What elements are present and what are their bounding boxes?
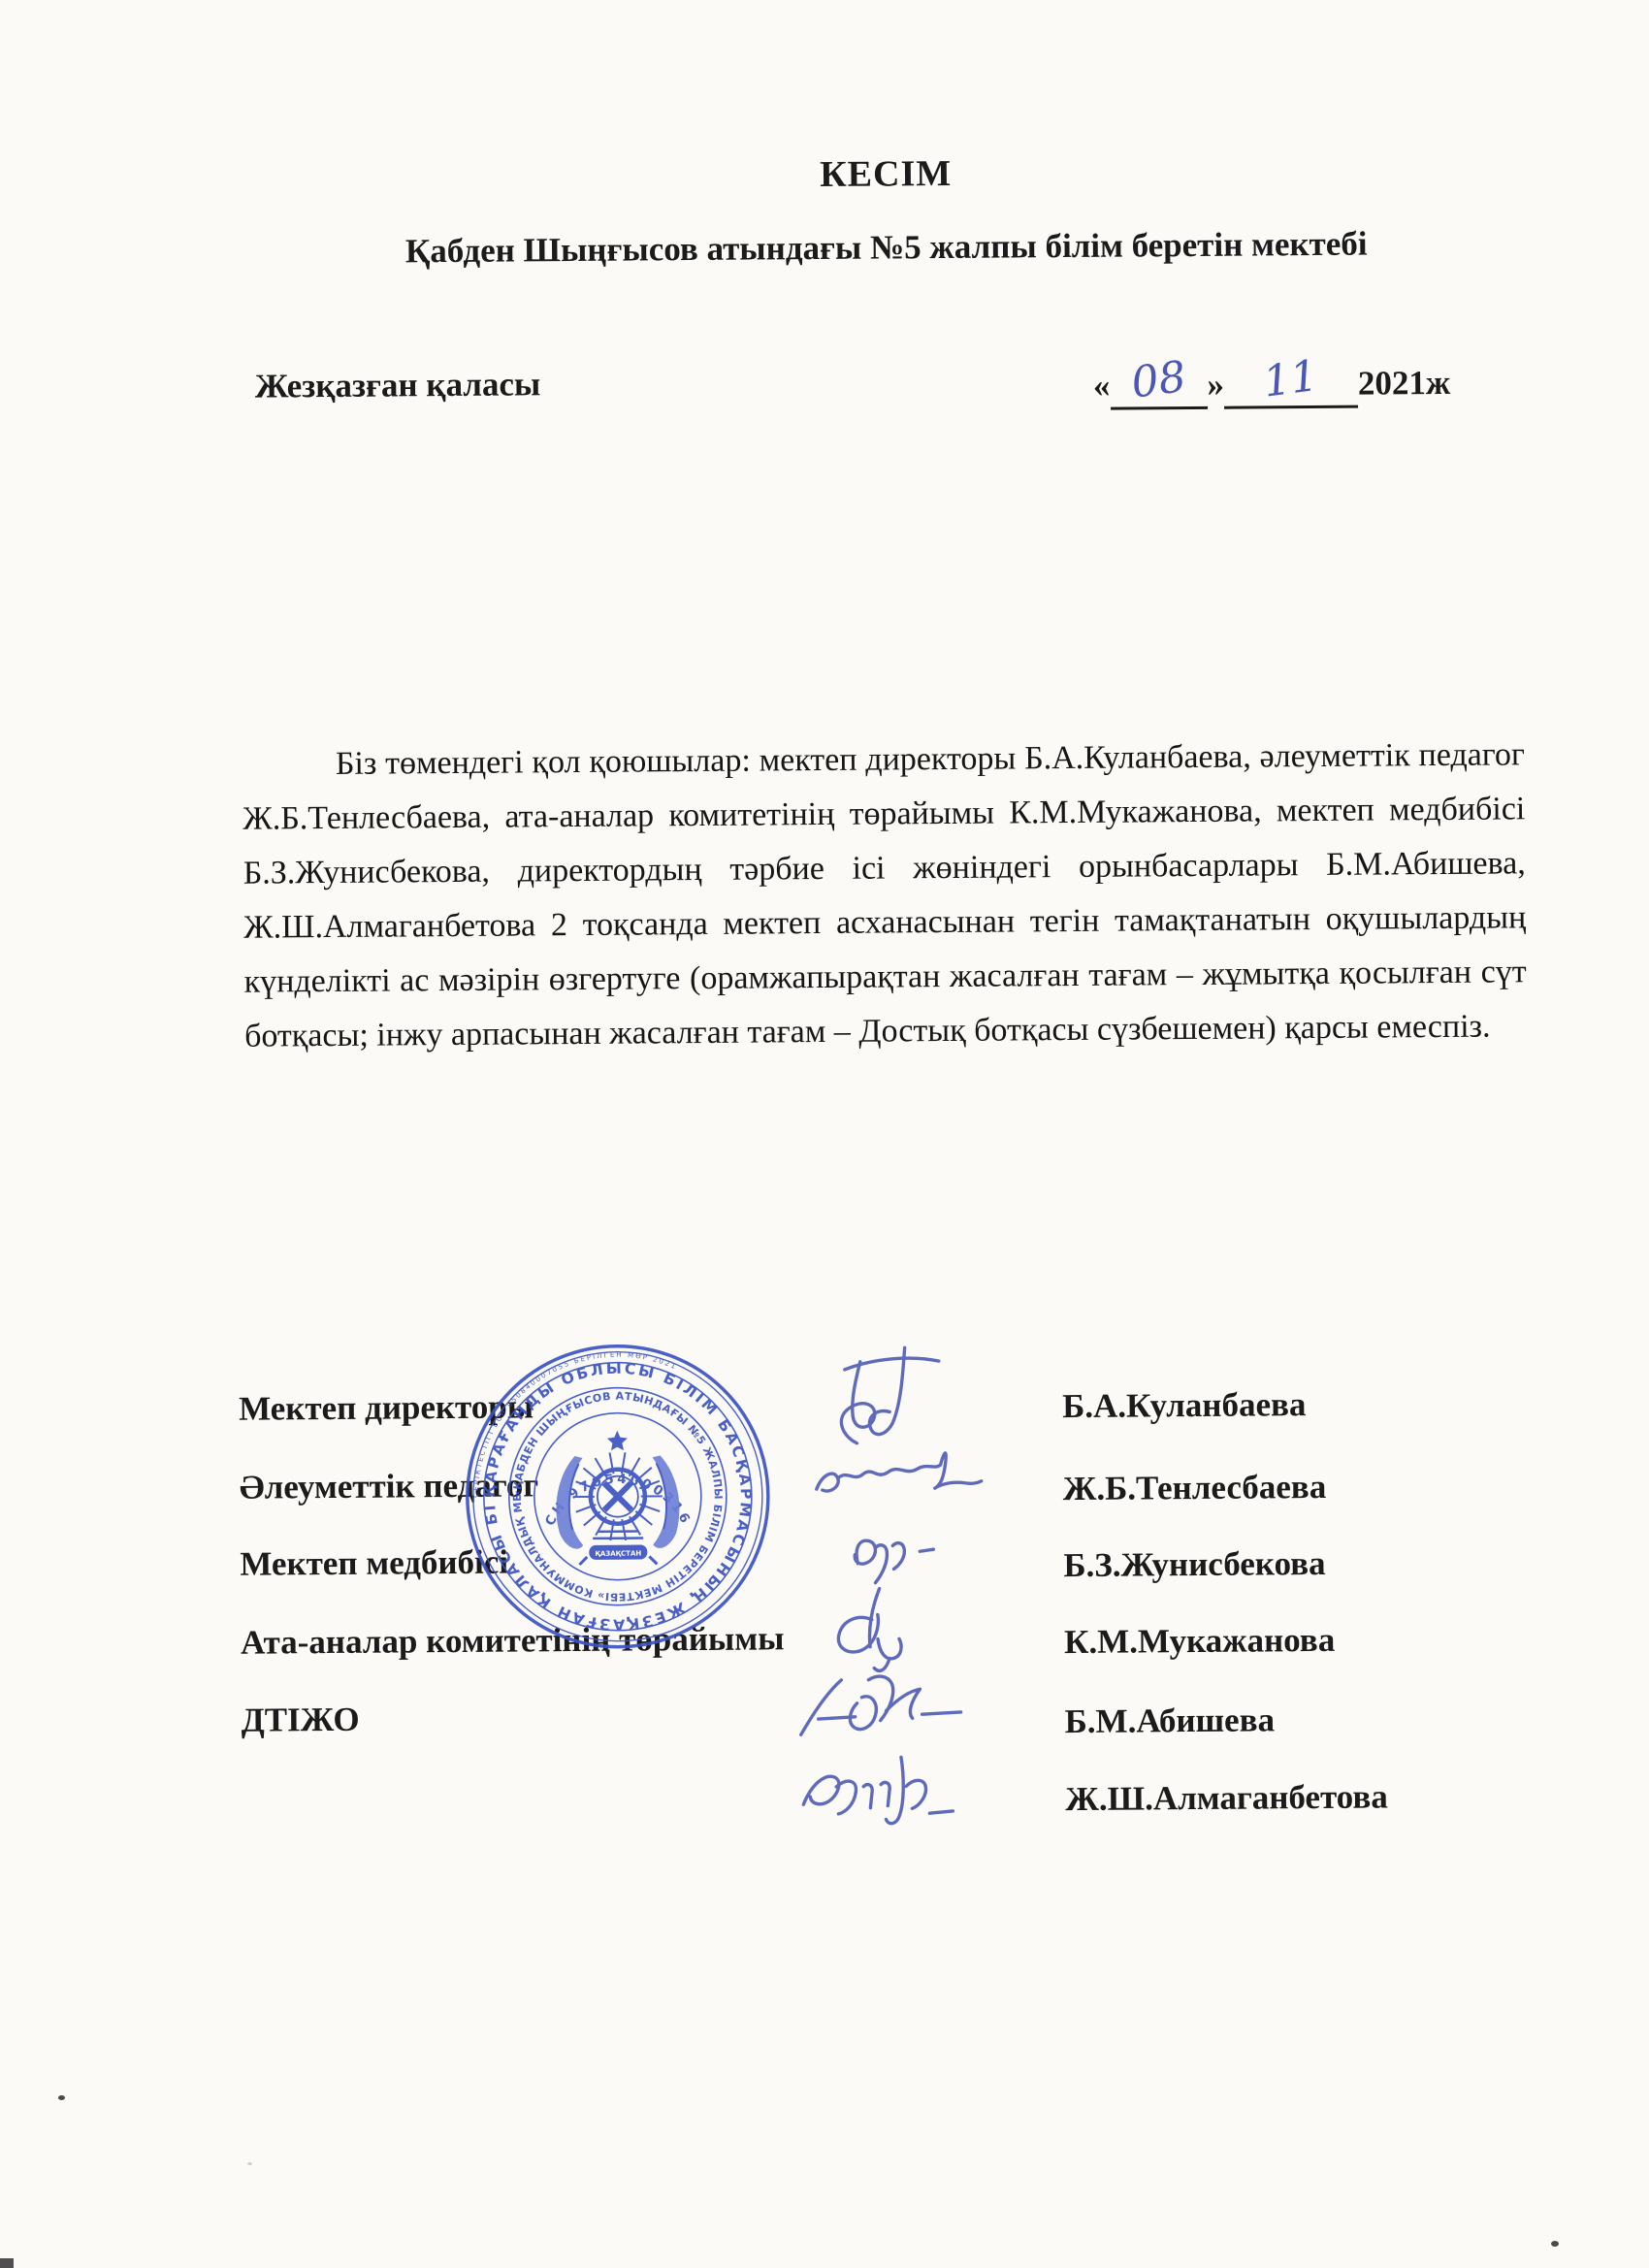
signature-abisheva [800, 1675, 960, 1734]
signature-kulanbaeva [841, 1347, 940, 1443]
role-dtizho: ДТІЖО [241, 1701, 359, 1740]
name-abisheva: Б.М.Абишева [1065, 1701, 1276, 1741]
date-year: 2021ж [1358, 364, 1451, 403]
document-content: КЕСІМ Қабден Шыңғысов атындағы №5 жалпы … [0, 0, 1649, 2268]
open-quote: « [1093, 367, 1111, 405]
signature-tenlesbaeva [817, 1453, 982, 1492]
handwritten-day: 08 [1129, 361, 1187, 401]
handwritten-signatures [759, 1317, 1034, 1863]
date-month-blank: 11 [1224, 365, 1358, 409]
handwritten-month: 11 [1262, 360, 1320, 400]
scanned-document-page: КЕСІМ Қабден Шыңғысов атындағы №5 жалпы … [0, 0, 1649, 2268]
name-mukazhanova: К.М.Мукажанова [1064, 1621, 1336, 1662]
name-zhunisbekova: Б.З.Жунисбекова [1063, 1544, 1325, 1585]
signature-mukazhanova [838, 1588, 901, 1670]
signature-almaganbetova [803, 1757, 954, 1824]
close-quote: » [1207, 366, 1224, 404]
date-day-blank: 08 [1110, 366, 1207, 410]
school-round-stamp: СЕРІКТЕСТІГІ БСН 050840007055 БЕРІЛГЕН М… [462, 1340, 775, 1653]
name-almaganbetova: Ж.Ш.Алмаганбетова [1065, 1777, 1388, 1819]
name-kulanbaeva: Б.А.Куланбаева [1062, 1385, 1307, 1426]
signature-zhunisbekova [855, 1540, 933, 1583]
city-label: Жезқазған қаласы [255, 365, 541, 405]
school-name-subtitle: Қабден Шыңғысов атындағы №5 жалпы білім … [237, 223, 1536, 273]
date-line: «08»112021ж [1093, 364, 1451, 410]
name-tenlesbaeva: Ж.Б.Тенлесбаева [1063, 1468, 1327, 1508]
body-paragraph: Біз төмендегі қол қоюшылар: мектеп дирек… [242, 728, 1528, 1063]
stamp-banner-text: ҚАЗАҚСТАН [595, 1549, 641, 1557]
document-title: КЕСІМ [236, 147, 1536, 201]
